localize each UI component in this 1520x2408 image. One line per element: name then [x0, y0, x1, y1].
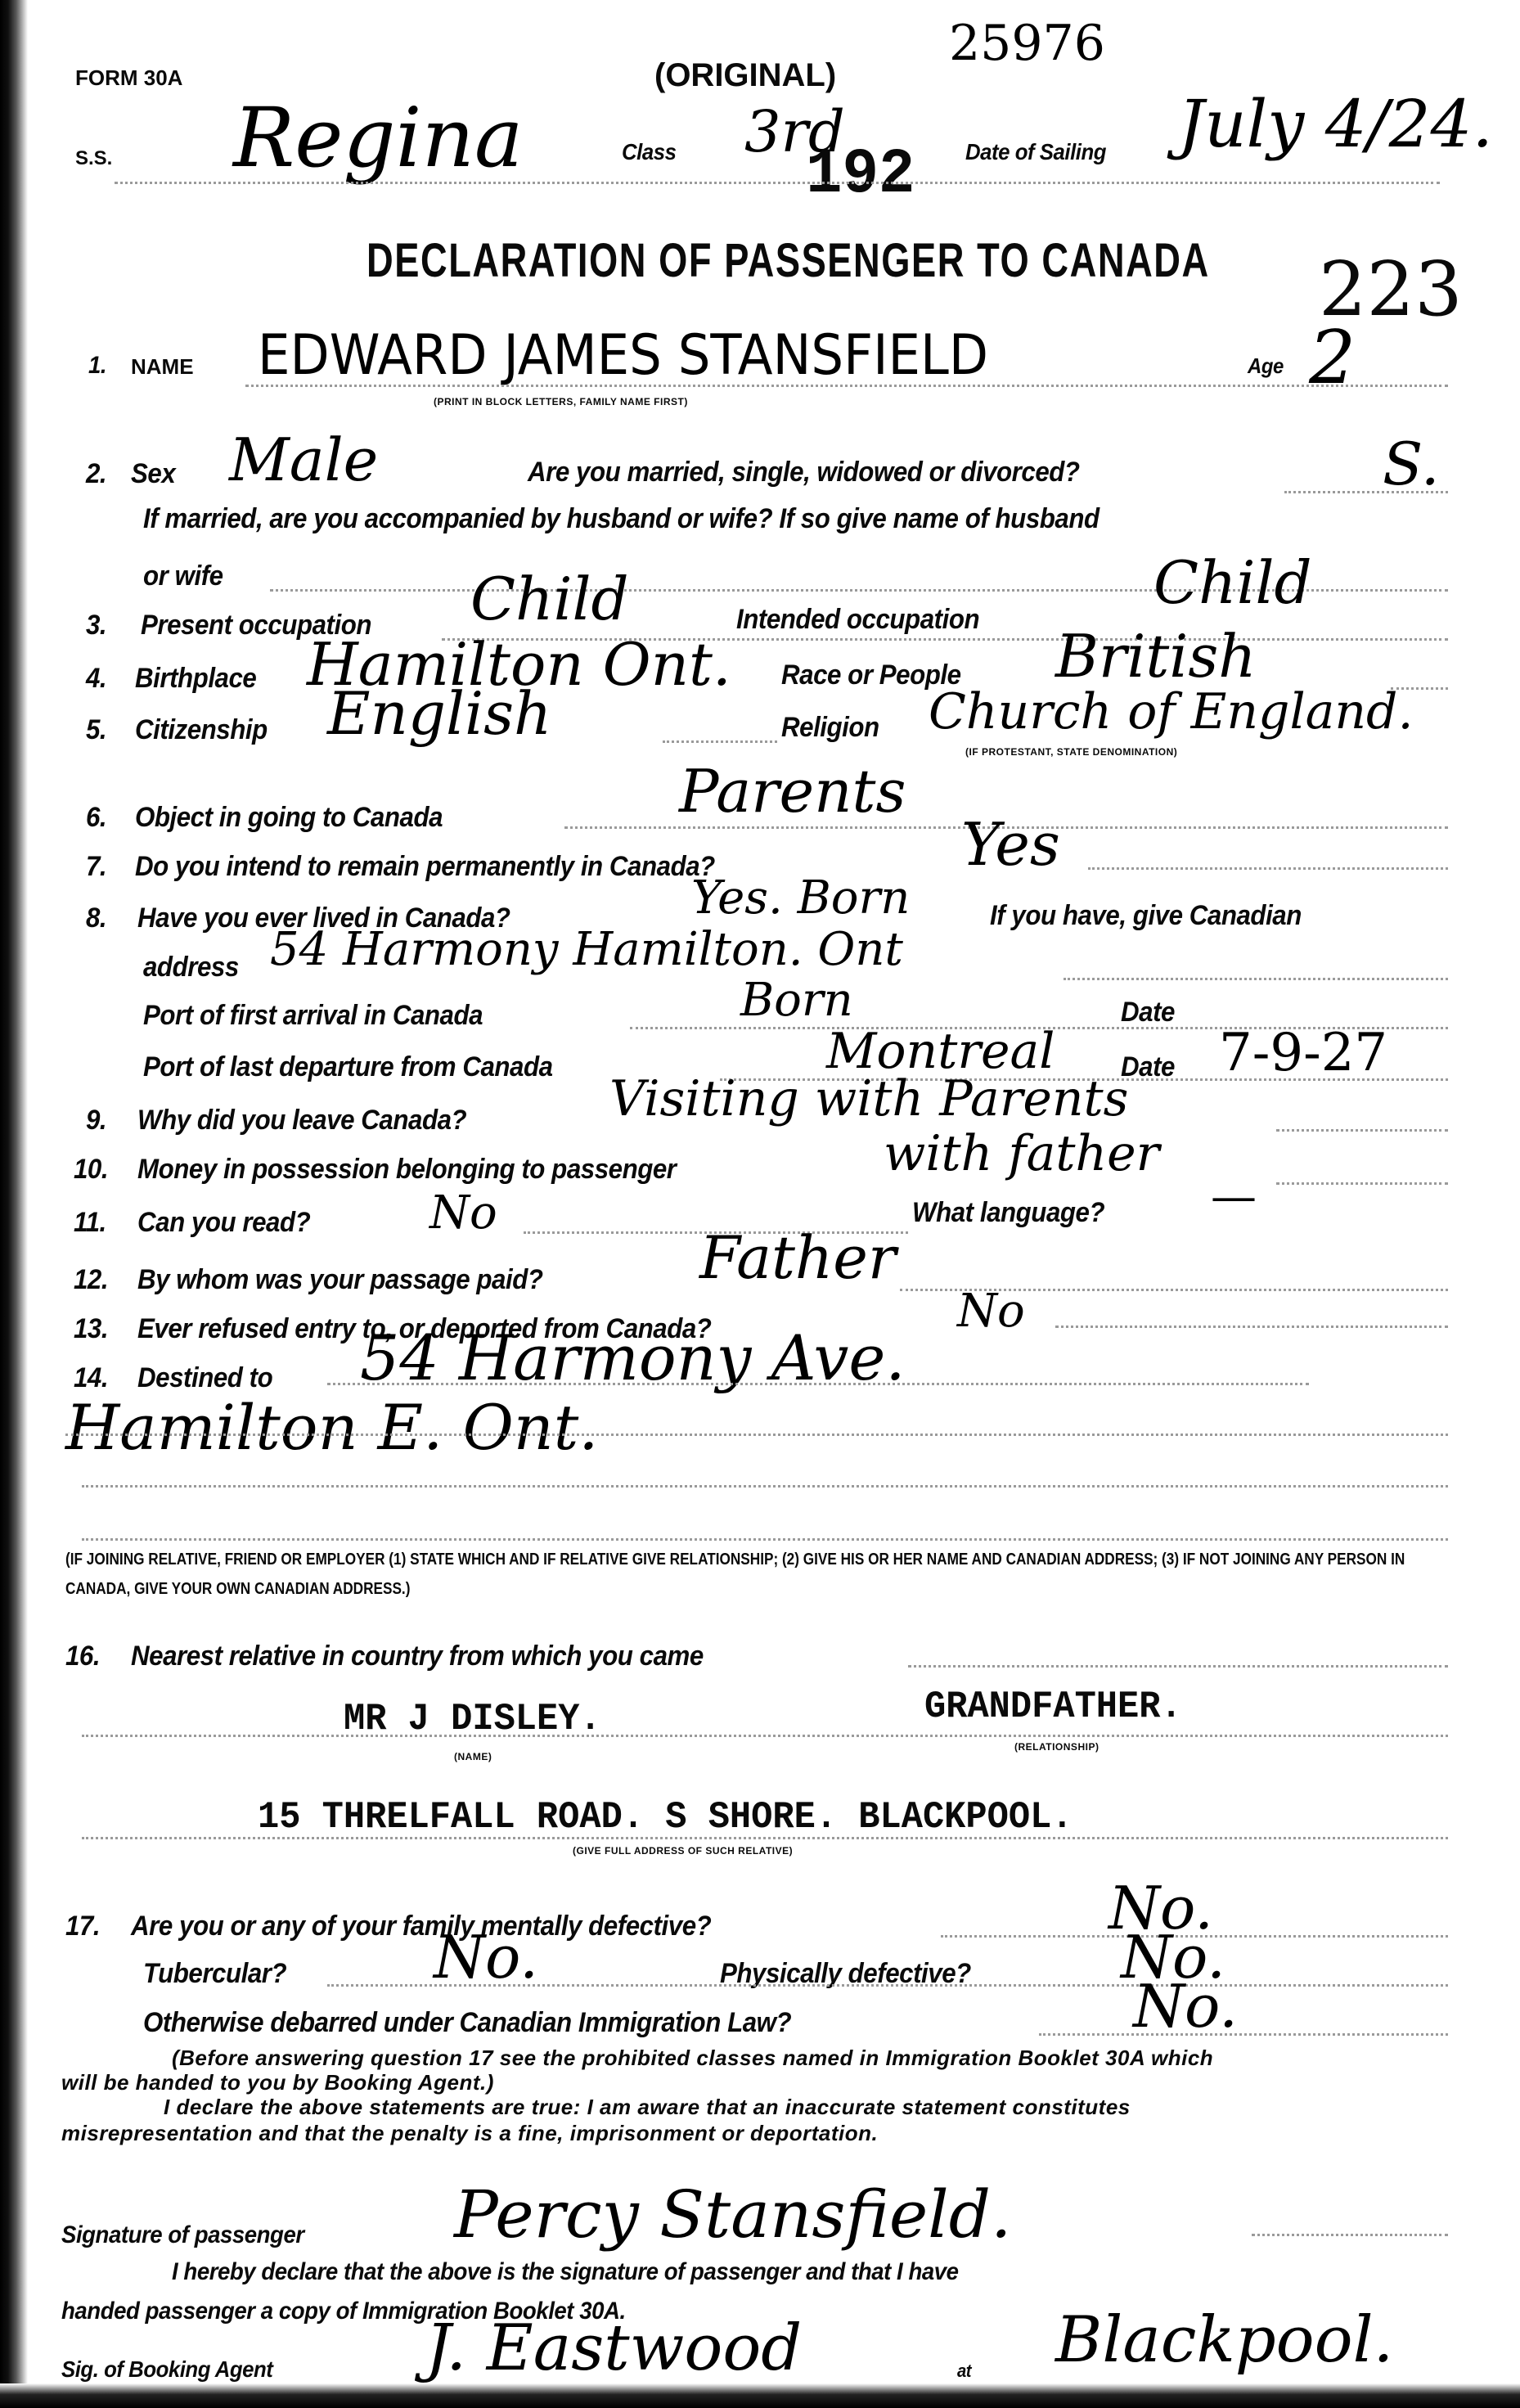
q5-religion-hint: (IF PROTESTANT, STATE DENOMINATION): [965, 746, 1177, 758]
q1-age-label: Age: [1248, 353, 1284, 379]
q12-label: By whom was your passage paid?: [137, 1264, 543, 1296]
q16-relationship: GRANDFATHER.: [924, 1686, 1182, 1728]
q11-label: Can you read?: [137, 1207, 310, 1239]
q17-debarred-value: No.: [1133, 1972, 1238, 2041]
q16-name-hint: (NAME): [454, 1751, 492, 1762]
date-of-sailing-label: Date of Sailing: [965, 139, 1106, 165]
q14-line-2: [65, 1434, 1448, 1436]
page-title: DECLARATION OF PASSENGER TO CANADA: [367, 233, 1210, 288]
q1-hint: (PRINT IN BLOCK LETTERS, FAMILY NAME FIR…: [434, 396, 688, 407]
q8-address-label: address: [143, 952, 239, 983]
declaration-line-1: I declare the above statements are true:…: [164, 2095, 1131, 2120]
q5-religion-value: Church of England.: [929, 683, 1414, 740]
q9-number: 9.: [86, 1105, 106, 1136]
q3-intended-label: Intended occupation: [736, 604, 979, 636]
q17-tubercular-label: Tubercular?: [143, 1958, 286, 1990]
q17-label: Are you or any of your family mentally d…: [131, 1911, 711, 1942]
q2-sex-value: Male: [229, 425, 378, 494]
q4-number: 4.: [86, 663, 106, 695]
ship-name: Regina: [233, 90, 524, 186]
agent-signature: J. Eastwood: [425, 2311, 802, 2385]
q6-number: 6.: [86, 802, 106, 834]
q13-number: 13.: [74, 1313, 108, 1345]
agent-location: Blackpool.: [1055, 2303, 1393, 2377]
q12-number: 12.: [74, 1264, 108, 1296]
q9-label: Why did you leave Canada?: [137, 1105, 466, 1136]
q8-lived-value: Yes. Born: [691, 871, 910, 925]
signature-label: Signature of passenger: [61, 2221, 304, 2249]
q17-tubercular-value: No.: [434, 1923, 538, 1992]
q2-spouse-label-2: or wife: [143, 560, 223, 592]
q9-leave-value: Visiting with Parents: [609, 1070, 1128, 1127]
form-number: FORM 30A: [75, 65, 182, 91]
q9-line: [1276, 1129, 1448, 1132]
q14-line-4: [82, 1538, 1448, 1541]
q17-debarred-label: Otherwise debarred under Canadian Immigr…: [143, 2007, 791, 2039]
stamp-number: 192: [806, 139, 915, 211]
q13-refused-value: No: [957, 1285, 1025, 1338]
scan-left-edge: [0, 0, 28, 2408]
q16-address-hint: (GIVE FULL ADDRESS OF SUCH RELATIVE): [573, 1845, 793, 1857]
q11-language-value: —: [1211, 1170, 1257, 1223]
q10-line: [1276, 1182, 1448, 1185]
q8-last-departure-label: Port of last departure from Canada: [143, 1051, 553, 1083]
q14-line-1: [327, 1383, 1309, 1385]
file-number: 25976: [949, 15, 1105, 72]
q5-label: Citizenship: [135, 714, 268, 746]
q11-read-value: No: [429, 1186, 497, 1240]
q7-remain-value: Yes: [961, 810, 1060, 879]
q16-relationship-hint: (RELATIONSHIP): [1014, 1741, 1099, 1753]
q5-number: 5.: [86, 714, 106, 746]
q2-label: Sex: [131, 458, 175, 490]
q16-line: [908, 1665, 1448, 1668]
class-label: Class: [622, 139, 676, 165]
agent-declaration-1: I hereby declare that the above is the s…: [172, 2258, 959, 2286]
q17-number: 17.: [65, 1911, 100, 1942]
q1-line: [245, 385, 1448, 387]
passenger-signature: Percy Stansfield.: [454, 2176, 1011, 2253]
date-of-sailing-value: July 4/24.: [1178, 86, 1493, 162]
q16-label: Nearest relative in country from which y…: [131, 1641, 704, 1672]
q14-hint: (IF JOINING RELATIVE, FRIEND OR EMPLOYER…: [65, 1545, 1473, 1604]
q14-number: 14.: [74, 1362, 108, 1394]
q6-object-value: Parents: [679, 757, 906, 826]
q14-label: Destined to: [137, 1362, 272, 1394]
q17-tubercular-line: [327, 1984, 1448, 1987]
ss-line: [115, 182, 1440, 184]
q10-money-value: with father: [884, 1125, 1159, 1182]
ss-label: S.S.: [75, 147, 112, 170]
note-line-2: will be handed to you by Booking Agent.): [61, 2070, 494, 2095]
q2-line: [1284, 491, 1448, 493]
q1-number: 1.: [88, 352, 106, 380]
original-label: (ORIGINAL): [654, 57, 836, 94]
q16-address-line: [82, 1837, 1448, 1839]
signature-line: [1252, 2234, 1448, 2236]
q7-label: Do you intend to remain permanently in C…: [135, 851, 715, 883]
q3-number: 3.: [86, 610, 106, 641]
q8-first-arrival-date-label: Date: [1121, 997, 1175, 1028]
q3-occupation-value: Child: [470, 565, 629, 633]
q2-spouse-label-1: If married, are you accompanied by husba…: [143, 503, 1100, 535]
q2-marital-value: S.: [1383, 430, 1440, 498]
q8-address-value: 54 Harmony Hamilton. Ont: [270, 923, 903, 976]
q2-number: 2.: [86, 458, 106, 490]
q16-relative-address: 15 THRELFALL ROAD. S SHORE. BLACKPOOL.: [258, 1796, 1073, 1839]
q4-race-value: British: [1055, 622, 1257, 691]
q5-line: [663, 740, 777, 743]
q11-language-label: What language?: [912, 1197, 1104, 1229]
q1-age-value: 2: [1309, 315, 1356, 401]
q8-address-prompt: If you have, give Canadian: [990, 900, 1302, 932]
agent-at: at: [957, 2361, 971, 2382]
q10-number: 10.: [74, 1154, 108, 1186]
q12-paid-value: Father: [699, 1223, 896, 1292]
q14-line-3: [82, 1485, 1448, 1488]
q8-number: 8.: [86, 902, 106, 934]
scan-bottom-edge: [0, 2383, 1520, 2408]
q5-citizenship-value: English: [327, 679, 551, 748]
agent-label: Sig. of Booking Agent: [61, 2356, 272, 2383]
q8-first-arrival-value: Born: [740, 974, 853, 1027]
q3-intended-value: Child: [1153, 548, 1312, 617]
q7-line: [1088, 867, 1448, 870]
q7-number: 7.: [86, 851, 106, 883]
q2-marital-label: Are you married, single, widowed or divo…: [528, 457, 1080, 488]
q8-address-line: [1064, 978, 1448, 980]
q10-label: Money in possession belonging to passeng…: [137, 1154, 677, 1186]
note-line-1: (Before answering question 17 see the pr…: [172, 2046, 1213, 2071]
q11-number: 11.: [74, 1207, 106, 1239]
q8-last-departure-date-value: 7-9-27: [1219, 1023, 1387, 1083]
q1-label: NAME: [131, 354, 194, 380]
declaration-line-2: misrepresentation and that the penalty i…: [61, 2121, 878, 2146]
q6-label: Object in going to Canada: [135, 802, 443, 834]
q1-name-value: EDWARD JAMES STANSFIELD: [258, 323, 988, 388]
q16-number: 16.: [65, 1641, 100, 1672]
q16-name-line: [82, 1735, 1448, 1737]
q17-debarred-line: [1039, 2033, 1448, 2036]
q5-religion-label: Religion: [781, 712, 879, 744]
q14-destination-line2: Hamilton E. Ont.: [65, 1391, 598, 1464]
q13-line: [1055, 1326, 1448, 1328]
q4-label: Birthplace: [135, 663, 256, 695]
q8-first-arrival-label: Port of first arrival in Canada: [143, 1000, 483, 1032]
